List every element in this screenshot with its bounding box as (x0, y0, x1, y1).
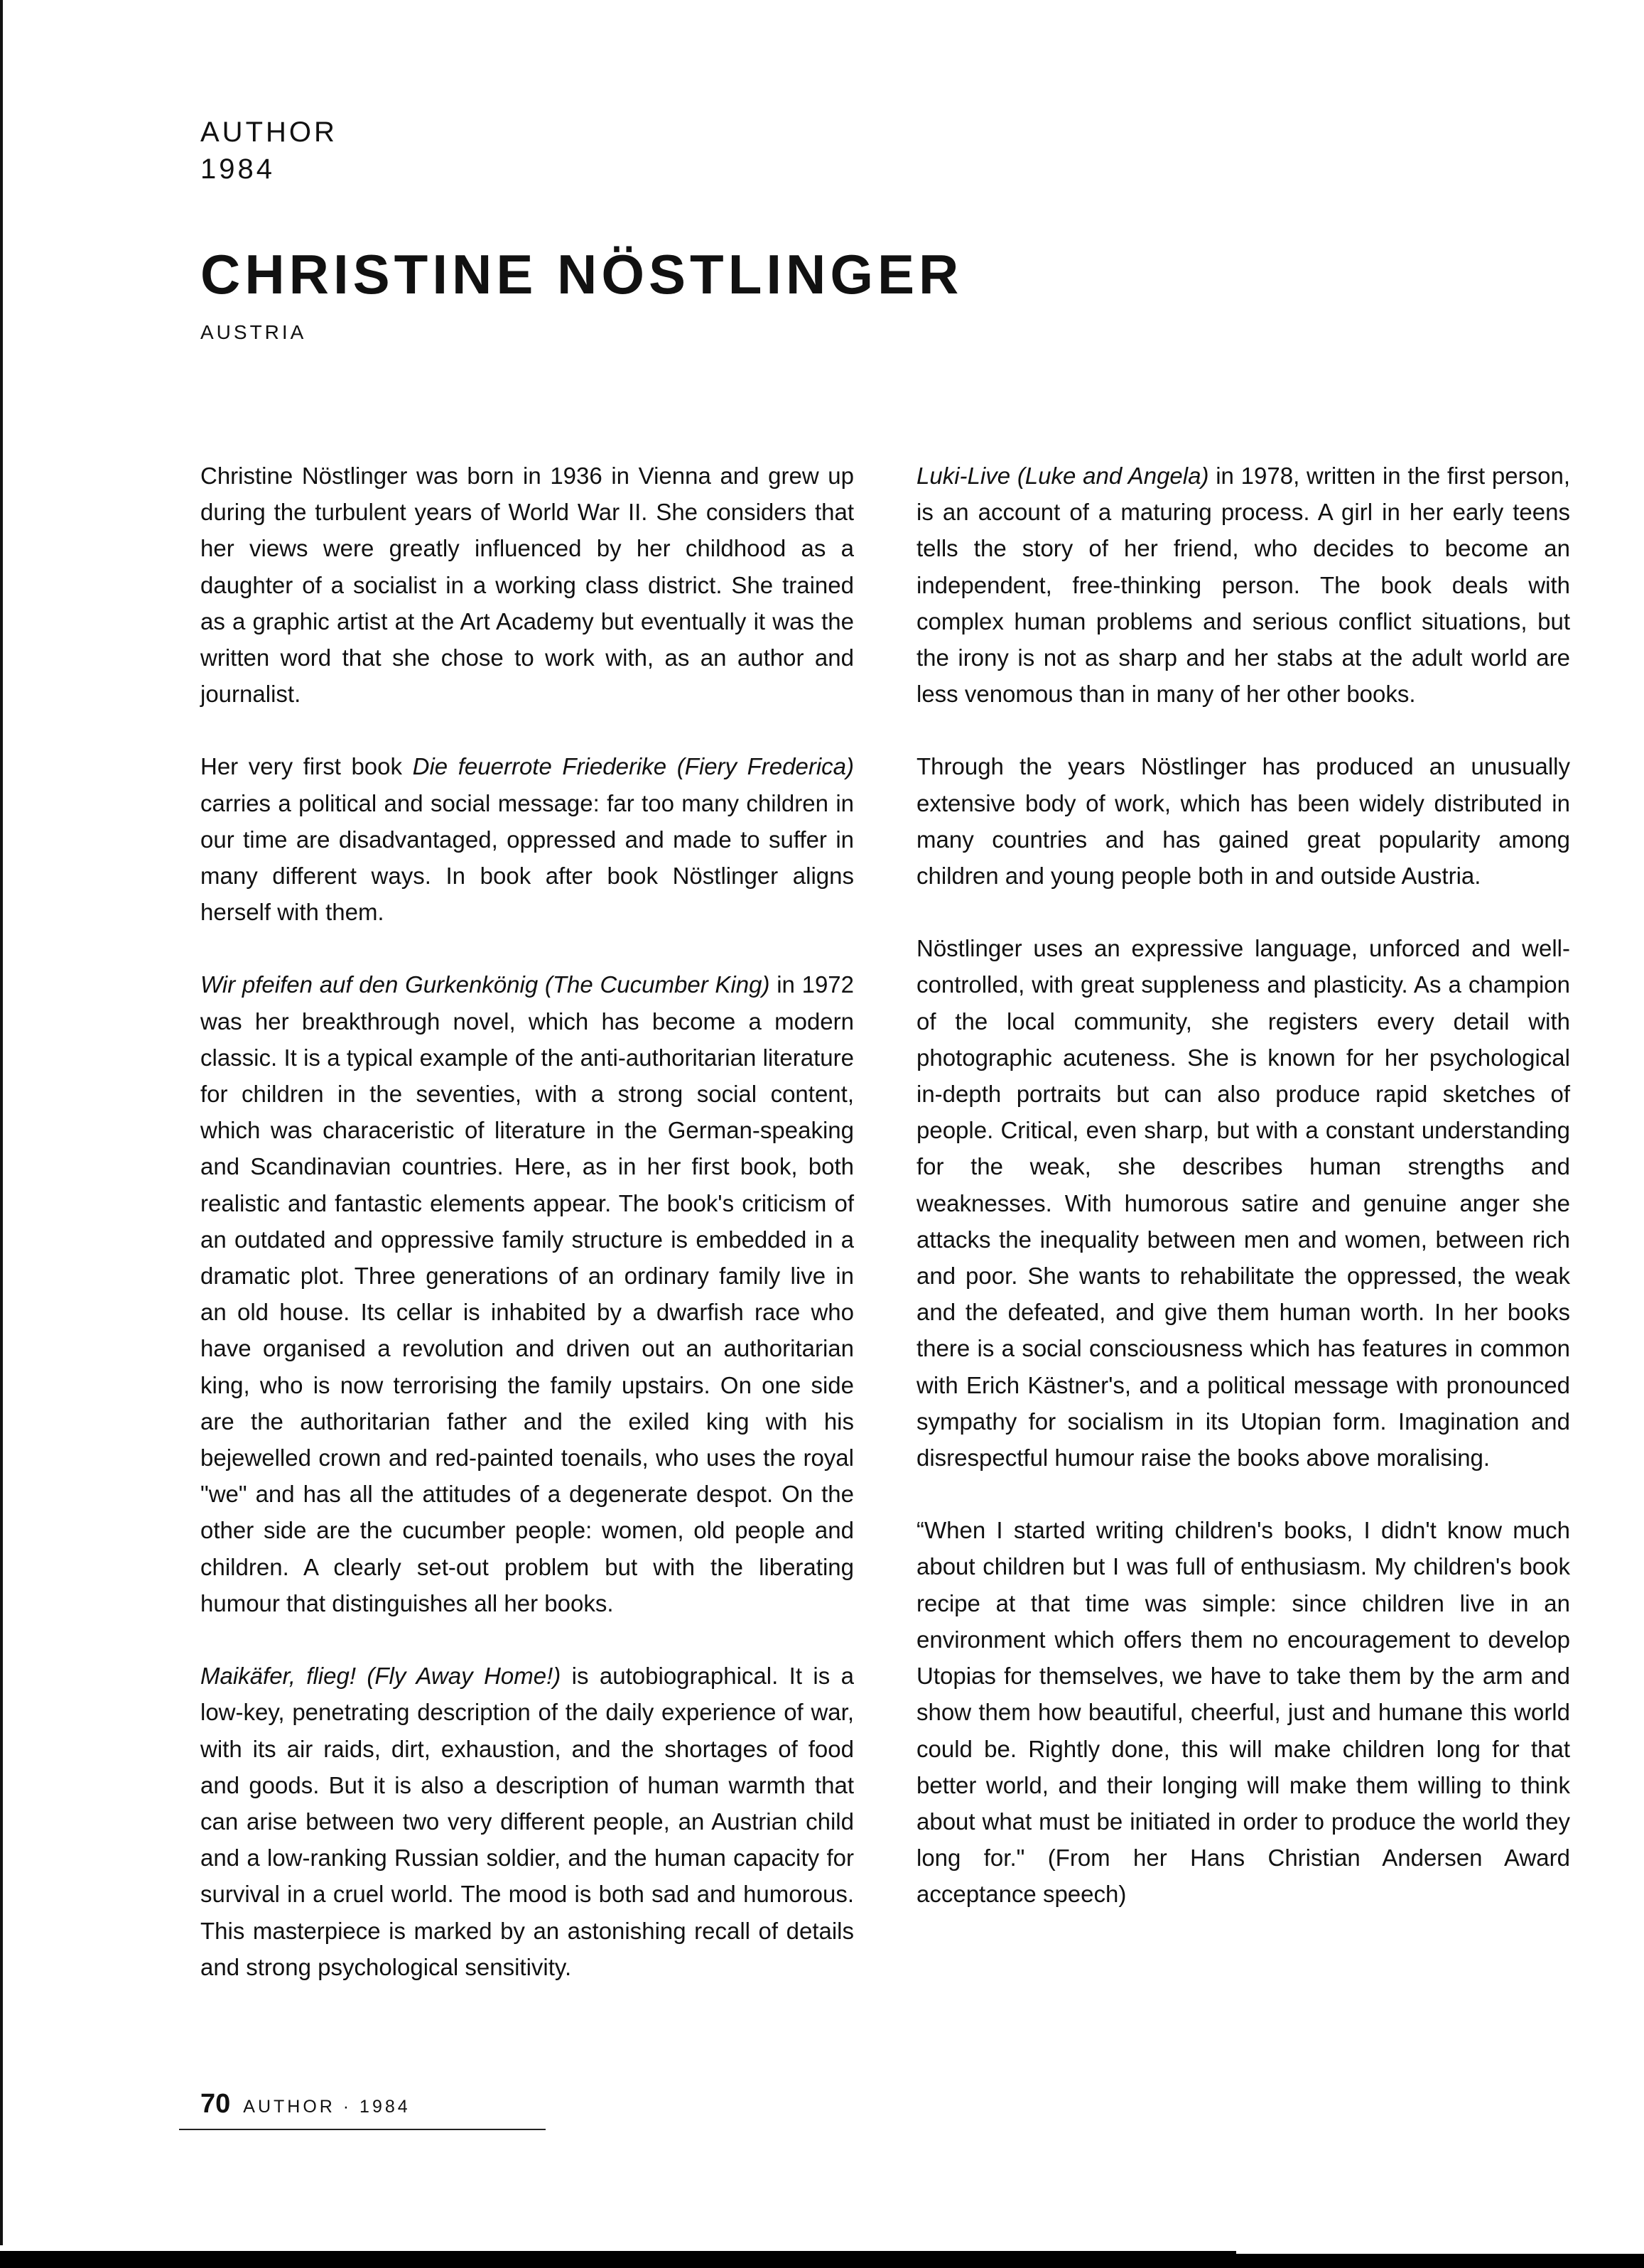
section-kicker: AUTHOR 1984 (200, 114, 337, 188)
award-year: 1984 (200, 151, 337, 188)
book-title: Maikäfer, flieg! (Fly Away Home!) (200, 1663, 561, 1689)
text-segment: in 1972 was her breakthrough novel, whic… (200, 971, 854, 1616)
book-title: Die feuerrote Friederike (Fiery Frederic… (413, 753, 854, 779)
scan-left-edge (0, 0, 3, 2245)
text-segment: Nöstlinger uses an expressive language, … (916, 935, 1570, 1471)
text-segment: is autobiographical. It is a low-key, pe… (200, 1663, 854, 1980)
paragraph: Nöstlinger uses an expressive language, … (916, 930, 1570, 1476)
page-title: CHRISTINE NÖSTLINGER (200, 240, 963, 308)
paragraph: Luki-Live (Luke and Angela) in 1978, wri… (916, 458, 1570, 712)
book-title: Luki-Live (Luke and Angela) (916, 463, 1208, 489)
country-label: AUSTRIA (200, 321, 306, 344)
text-segment: in 1978, written in the first person, is… (916, 463, 1570, 707)
text-segment: Through the years Nöstlinger has produce… (916, 753, 1570, 889)
paragraph: Maikäfer, flieg! (Fly Away Home!) is aut… (200, 1658, 854, 1985)
book-title: Wir pfeifen auf den Gurkenkönig (The Cuc… (200, 971, 769, 998)
paragraph: “When I started writing children's books… (916, 1512, 1570, 1912)
footer-rule (179, 2129, 546, 2130)
left-column: Christine Nöstlinger was born in 1936 in… (200, 458, 854, 2021)
text-segment: carries a political and social message: … (200, 790, 854, 926)
page-number: 70 (200, 2089, 230, 2119)
text-segment: Her very first book (200, 753, 413, 779)
running-head: AUTHOR · 1984 (243, 2097, 410, 2117)
scan-bottom-edge (0, 2254, 1644, 2268)
text-segment: “When I started writing children's books… (916, 1517, 1570, 1907)
right-column: Luki-Live (Luke and Angela) in 1978, wri… (916, 458, 1570, 1949)
text-segment: Christine Nöstlinger was born in 1936 in… (200, 463, 854, 707)
page-footer: 70 AUTHOR · 1984 (200, 2089, 411, 2119)
paragraph: Christine Nöstlinger was born in 1936 in… (200, 458, 854, 712)
paragraph: Through the years Nöstlinger has produce… (916, 748, 1570, 894)
category-label: AUTHOR (200, 114, 337, 151)
paragraph: Wir pfeifen auf den Gurkenkönig (The Cuc… (200, 966, 854, 1621)
paragraph: Her very first book Die feuerrote Friede… (200, 748, 854, 930)
